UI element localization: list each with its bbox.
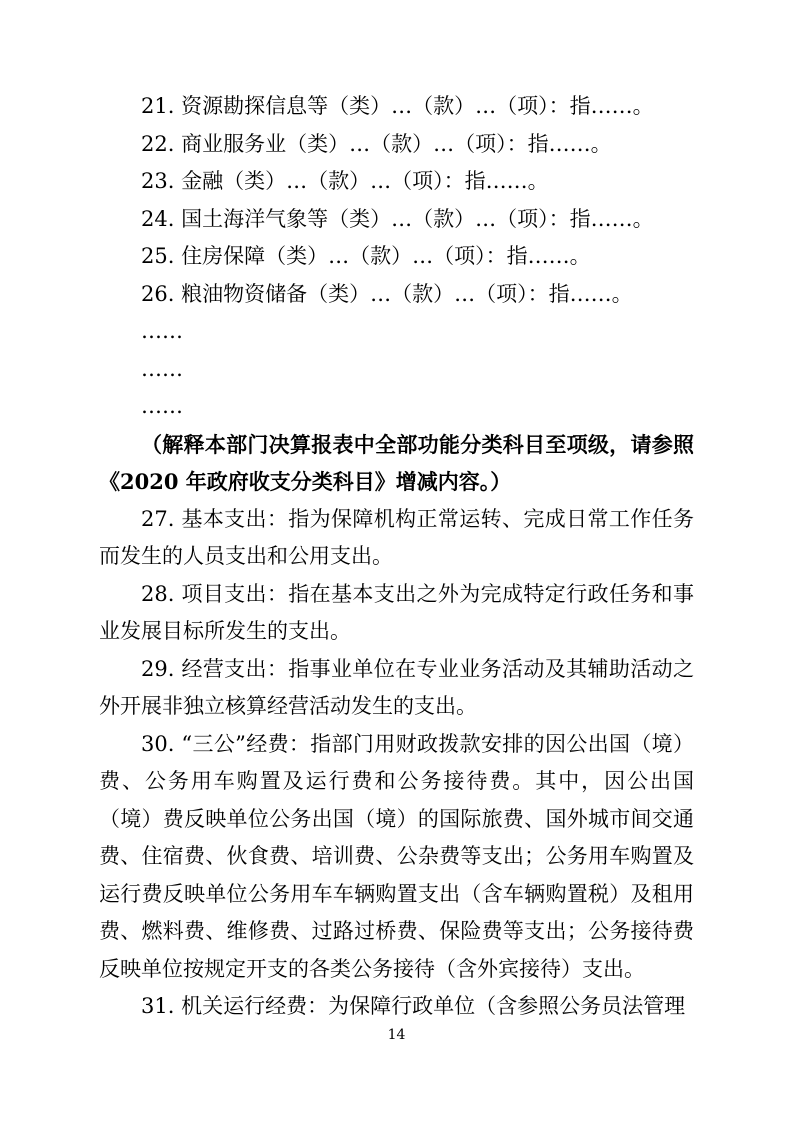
definition-item-24: 24. 国土海洋气象等（类）…（款）…（项）：指……。 [99, 201, 694, 239]
definition-item-29: 29. 经营支出：指事业单位在专业业务活动及其辅助活动之外开展非独立核算经营活动… [99, 651, 694, 726]
ellipsis-line-1: …… [99, 313, 694, 351]
definition-item-23: 23. 金融（类）…（款）…（项）：指……。 [99, 163, 694, 201]
definition-item-28: 28. 项目支出：指在基本支出之外为完成特定行政任务和事业发展目标所发生的支出。 [99, 576, 694, 651]
document-body-text: 21. 资源勘探信息等（类）…（款）…（项）：指……。 22. 商业服务业（类）… [99, 88, 694, 1026]
definition-item-26: 26. 粮油物资储备（类）…（款）…（项）：指……。 [99, 276, 694, 314]
ellipsis-line-3: …… [99, 388, 694, 426]
definition-item-22: 22. 商业服务业（类）…（款）…（项）：指……。 [99, 126, 694, 164]
definition-item-27: 27. 基本支出：指为保障机构正常运转、完成日常工作任务而发生的人员支出和公用支… [99, 501, 694, 576]
ellipsis-line-2: …… [99, 351, 694, 389]
definition-item-21: 21. 资源勘探信息等（类）…（款）…（项）：指……。 [99, 88, 694, 126]
document-page: 21. 资源勘探信息等（类）…（款）…（项）：指……。 22. 商业服务业（类）… [0, 0, 793, 1122]
page-number: 14 [0, 1026, 793, 1044]
definition-item-25: 25. 住房保障（类）…（款）…（项）：指……。 [99, 238, 694, 276]
definition-item-31: 31. 机关运行经费：为保障行政单位（含参照公务员法管理 [99, 988, 694, 1026]
definition-item-30: 30. “三公”经费：指部门用财政拨款安排的因公出国（境）费、公务用车购置及运行… [99, 726, 694, 989]
functional-classification-note: （解释本部门决算报表中全部功能分类科目至项级，请参照《2020 年政府收支分类科… [99, 426, 694, 501]
